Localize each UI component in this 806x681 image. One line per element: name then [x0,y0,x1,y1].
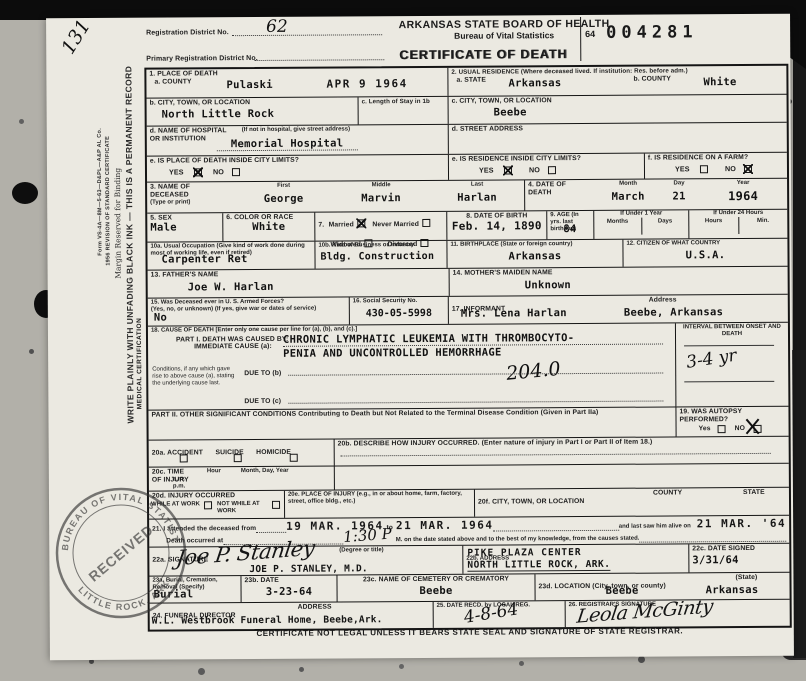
interval-label: INTERVAL BETWEEN ONSET AND DEATH [679,324,785,338]
describe-injury-line [341,453,771,457]
cell-first-name: First George [235,182,332,213]
certificate-title: CERTIFICATE OF DEATH [399,47,567,62]
autopsy-yes-checkbox [718,425,726,433]
business-label: 10b. Kind of Business or Industry [318,242,443,250]
cell-describe-injury: 20b. DESCRIBE HOW INJURY OCCURRED. (Ente… [335,437,789,466]
cell-registrar-signature: 26. REGISTRAR'S SIGNATURE Leola McGinty [566,600,790,627]
residence-state-value: Arkansas [508,78,561,89]
yes-checkbox [194,168,202,176]
cell-citizen: 12. CITIZEN OF WHAT COUNTRY U.S.A. [623,239,787,267]
conditions-note: Conditions, if any which gave rise to ab… [152,366,236,387]
margin-permanent-record-note: WRITE PLAINLY WITH UNFADING BLACK INK — … [123,66,135,424]
cell-interval: INTERVAL BETWEEN ONSET AND DEATH 3-4 yr [676,323,789,407]
cell-residence-city-limits: e. IS RESIDENCE INSIDE CITY LIMITS? YES … [449,154,645,180]
not-while-at-work-label: NOT WHILE AT WORK [217,501,269,515]
cell-occupation: 10a. Usual Occupation (Give kind of work… [147,242,315,270]
due-to-b-line [288,360,663,376]
cell-place-of-death-county: 1. PLACE OF DEATH a. COUNTY Pulaski APR … [146,68,448,98]
cell-death-city: b. CITY, TOWN, OR LOCATION North Little … [147,97,359,125]
row-accident: 20a. ACCIDENT SUICIDE HOMICIDE 20b. DESC… [149,436,789,467]
funeral-director-value: W.L. Westbrook Funeral Home, Beebe,Ark. [152,614,383,626]
cell-sex: 5. SEX Male [147,213,223,241]
year-header: Year [702,180,784,187]
cell-last-name: Last Harlan [430,180,525,211]
county-label: a. COUNTY [154,78,191,86]
injury-city-label: 20f. CITY, TOWN, OR LOCATION [478,498,584,506]
immediate-cause-label: IMMEDIATE CAUSE (a): [194,343,272,351]
attended-line-2 [493,521,618,532]
last-seen-date: 21 MAR. '64 [697,517,786,531]
street-address-label: d. STREET ADDRESS [452,124,784,134]
residence-city-value: Beebe [494,107,527,118]
row-injury-place: 20d. INJURY OCCURRED WHILE AT WORK NOT W… [149,487,789,519]
cell-business: 10b. Kind of Business or Industry Bldg. … [315,241,447,269]
citizen-value: U.S.A. [626,250,784,262]
degree-or-title-label: (Degree or title) [339,547,383,554]
cell-ssn: 16. Social Security No. 430-05-5998 [350,297,449,325]
day-value: 21 [662,191,696,202]
cell-autopsy: 19. WAS AUTOPSY PERFORMED? Yes NO [676,407,788,437]
registration-district-label: Registration District No. [146,29,229,38]
row-occupation: 10a. Usual Occupation (Give kind of work… [147,238,787,270]
no-checkbox [744,165,752,173]
residence-city-limits-label: e. IS RESIDENCE INSIDE CITY LIMITS? [452,155,641,164]
homicide-label: HOMICIDE [256,449,291,456]
burial-date-value: 3-23-64 [245,587,334,599]
armed-forces-value: No [154,313,167,324]
cell-time-of-injury-blank [335,464,789,490]
cause-line-2: PENIA AND UNCONTROLLED HEMORRHAGE [283,348,502,360]
never-married-label: Never Married [372,221,419,228]
birthplace-value: Arkansas [450,251,619,263]
cell-date-received: 25. DATE RECD. by LOCAL REG. 4-8-64 [434,601,566,628]
due-to-c-label: DUE TO (c) [244,398,281,406]
interval-line-bottom [684,381,774,383]
cell-marital-status: 7. Married Never Married Widowed Divorce… [315,212,447,241]
first-name-header: First [238,183,329,190]
dob-value: Feb. 14, 1890 [450,220,543,232]
attended-line [256,523,286,533]
filing-date-stamp: APR 9 1964 [326,77,407,90]
last-name-value: Harlan [433,192,521,204]
row-part2-autopsy: PART II. OTHER SIGNIFICANT CONDITIONS Co… [148,406,788,440]
attended-to-date: 21 MAR. 1964 [396,519,494,533]
first-name-value: George [238,193,329,205]
cell-street-address: d. STREET ADDRESS [449,123,787,154]
father-label: 13. FATHER'S NAME [151,270,446,280]
due-to-b-label: DUE TO (b) [244,370,281,378]
margin-form-number: Form VS-4A—8M—5-63—D&PL—A&P AL Co. [97,128,104,256]
death-city-limits-label: e. IS PLACE OF DEATH INSIDE CITY LIMITS? [150,156,445,166]
hour-header: Hour [207,468,221,475]
row-parents: 13. FATHER'S NAME Joe W. Harlan 14. MOTH… [148,266,788,298]
cell-dod-month: Month March [597,180,659,210]
no-label: NO [529,166,540,175]
row-city: b. CITY, TOWN, OR LOCATION North Little … [147,94,787,126]
day-header: Day [662,180,696,187]
death-line-2 [639,532,786,543]
married-checkbox [357,219,365,227]
cell-place-of-injury: 20e. PLACE OF INJURY (e.g., in or about … [285,490,475,518]
cell-informant: 17. INFORMANT Address Mrs. Lena Harlan B… [449,295,788,324]
cell-death-city-limits: e. IS PLACE OF DEATH INSIDE CITY LIMITS?… [147,155,449,182]
cell-usual-residence: 2. USUAL RESIDENCE (Where deceased lived… [448,66,786,96]
burial-date-label: 23b. DATE [244,577,333,586]
deceased-name-label: 3. NAME OF DECEASED [150,183,210,199]
cell-cemetery: 23c. NAME OF CEMETERY OR CREMATORY Beebe [337,574,535,601]
date-signed-value: 3/31/64 [692,555,786,567]
hours-header: Hours [689,217,738,234]
row-funeral-registrar: 24. FUNERAL DIRECTOR ADDRESS W.L. Westbr… [150,599,790,630]
row-forces-ssn-informant: 15. Was Deceased ever in U. S. Armed For… [148,294,788,326]
residence-county-value: White [703,77,736,88]
months-header: Months [594,218,641,235]
autopsy-label: 19. WAS AUTOPSY PERFORMED? [679,408,749,424]
cell-middle-name: Middle Marvin [332,181,430,212]
autopsy-no-x-mark [745,419,760,434]
date-signed-label: 22c. DATE SIGNED [692,545,786,554]
informant-value: Mrs. Lena Harlan [461,308,567,320]
suicide-checkbox [234,454,242,462]
cell-under-1-year: If Under 1 Year Months Days [594,210,689,239]
sex-value: Male [150,222,219,233]
ssn-label: 16. Social Security No. [353,298,445,305]
cell-burial-date: 23b. DATE 3-23-64 [241,576,337,603]
yes-checkbox [504,166,512,174]
certificate-number: 004281 [606,22,698,43]
primary-registration-line [254,46,384,61]
county-value: Pulaski [226,80,272,91]
row-demographics: 5. SEX Male 6. COLOR OR RACE White 7. Ma… [147,209,787,242]
cell-mother: 14. MOTHER'S MAIDEN NAME Unknown [450,267,788,296]
cell-dob: 8. DATE OF BIRTH Feb. 14, 1890 [447,211,547,240]
race-value: White [226,222,311,234]
deceased-name-sublabel: (Type or print) [150,199,232,206]
row-city-limits: e. IS PLACE OF DEATH INSIDE CITY LIMITS?… [147,152,787,182]
cell-date-signed: 22c. DATE SIGNED 3/31/64 [689,544,789,573]
cell-name-label: 3. NAME OF DECEASED (Type or print) [147,182,235,213]
cell-accident-suicide-homicide: 20a. ACCIDENT SUICIDE HOMICIDE [149,440,335,467]
describe-injury-label: 20b. DESCRIBE HOW INJURY OCCURRED. (Ente… [338,438,786,449]
no-label: NO [725,165,736,174]
length-of-stay-label: c. Length of Stay in 1b [362,98,445,106]
mother-value: Unknown [525,280,571,291]
cell-residence-farm: f. IS RESIDENCE ON A FARM? YES NO [645,153,787,179]
accident-label: 20a. ACCIDENT [152,449,203,456]
hospital-sublabel: (If not in hospital, give street address… [242,126,350,134]
injury-state-header: STATE [743,489,765,497]
residence-state-label: a. STATE [456,77,486,85]
cell-length-of-stay: c. Length of Stay in 1b [359,97,449,125]
cell-part2: PART II. OTHER SIGNIFICANT CONDITIONS Co… [148,407,676,439]
row-cause-of-death: 18. CAUSE OF DEATH [Enter only one cause… [148,322,789,410]
armed-forces-sublabel: (Yes, no, or unknown) (If yes, give war … [151,305,346,313]
cell-dod-year: Year 1964 [699,179,787,210]
cell-burial-location: 23d. LOCATION (City, town, or county) (S… [535,573,789,601]
autopsy-no-label: NO [735,425,745,433]
married-label: Married [329,221,354,228]
cell-dod-day: Day 21 [659,179,699,209]
margin-revision-note: 1956 REVISION OF STANDARD CERTIFICATE [105,136,112,266]
birthplace-label: 11. BIRTHPLACE (State or foreign country… [450,241,619,249]
burial-state-header: (State) [735,574,757,582]
physician-address-line2: NORTH LITTLE ROCK, ARK. [467,559,610,572]
certificate-form: MEDICAL CERTIFICATION Registration Distr… [144,14,792,660]
burial-location-city: Beebe [606,586,639,597]
scan-ink-blob [12,182,38,204]
no-checkbox [548,166,556,174]
row-place-residence: 1. PLACE OF DEATH a. COUNTY Pulaski APR … [146,66,786,98]
part2-label: PART II. OTHER SIGNIFICANT CONDITIONS Co… [151,409,630,420]
min-header: Min. [738,217,788,234]
yes-label: YES [675,165,690,174]
form-header: Registration District No. 62 ARKANSAS ST… [144,14,788,68]
death-time-handwritten: 1:30 P [343,525,393,547]
never-married-checkbox [422,219,430,227]
registration-district-line [232,19,382,36]
funeral-address-header: ADDRESS [298,604,332,612]
cell-under-24-hours: If Under 24 Hours Hours Min. [689,210,787,239]
yes-label: YES [169,168,184,177]
informant-address-label: Address [649,296,677,304]
due-to-c-line [288,388,663,404]
primary-registration-label: Primary Registration District No. [146,55,257,64]
cause-line-1: CHRONIC LYMPHATIC LEUKEMIA WITH THROMBOC… [283,333,663,347]
informant-address-value: Beebe, Arkansas [624,307,723,319]
business-value: Bldg. Construction [320,252,434,263]
cell-armed-forces: 15. Was Deceased ever in U. S. Armed For… [148,297,350,325]
margin-binding-note: Margin Reserved for Binding [113,168,123,279]
homicide-checkbox [290,454,298,462]
stamp-received-text: RECEIVED [85,521,156,584]
last-seen-text: and last saw him alive on [619,523,691,530]
residence-city-label: c. CITY, TOWN, OR LOCATION [452,96,784,106]
burial-location-label: 23d. LOCATION (City, town, or county) [539,583,666,591]
father-value: Joe W. Harlan [188,282,274,294]
interval-value-handwritten: 3-4 yr [685,346,738,373]
registrar-signature-script: Leola McGinty [575,596,714,628]
residence-farm-label: f. IS RESIDENCE ON A FARM? [648,154,784,163]
injury-county-header: COUNTY [653,489,682,497]
cell-physician-address: 22b. ADDRESS PIKE PLAZA CENTER NORTH LIT… [463,544,689,573]
accident-checkbox [180,454,188,462]
hospital-value: Memorial Hospital [217,138,358,151]
month-day-year-header: Month, Day, Year [241,468,289,475]
usual-residence-title: 2. USUAL RESIDENCE (Where deceased lived… [451,67,783,76]
received-stamp: BUREAU OF VITAL STATISTICS LITTLE ROCK, … [36,465,206,641]
cemetery-value: Beebe [341,585,532,597]
cell-dod-label: 4. DATE OF DEATH [525,180,597,210]
death-city-value: North Little Rock [162,109,275,121]
ssn-value: 430-05-5998 [353,309,445,320]
physician-typed-name: JOE P. STANLEY, M.D. [249,563,367,575]
yes-checkbox [700,165,708,173]
month-header: Month [600,181,656,188]
not-while-at-work-checkbox [272,501,280,509]
row-hospital-street: d. NAME OF HOSPITAL OR INSTITUTION (If n… [147,122,787,156]
year-value: 1964 [702,190,784,203]
cell-cause-main: 18. CAUSE OF DEATH [Enter only one cause… [148,323,676,409]
last-name-header: Last [433,181,521,188]
no-checkbox [232,168,240,176]
form-grid: 1. PLACE OF DEATH a. COUNTY Pulaski APR … [144,64,791,632]
death-city-label: b. CITY, TOWN, OR LOCATION [150,98,355,107]
cell-age: 9. AGE (In yrs. last birthday) 84 [547,211,594,239]
place-of-injury-label: 20e. PLACE OF INJURY (e.g., in or about … [288,491,471,506]
physician-address-line1: PIKE PLAZA CENTER [467,547,581,559]
autopsy-yes-label: Yes [699,425,711,433]
citizen-label: 12. CITIZEN OF WHAT COUNTRY [626,240,784,248]
residence-county-label: b. COUNTY [633,75,671,83]
cell-birthplace: 11. BIRTHPLACE (State or foreign country… [447,240,623,268]
days-header: Days [641,217,689,234]
cemetery-label: 23c. NAME OF CEMETERY OR CREMATORY [340,575,531,584]
medical-certification-sidebar-label: MEDICAL CERTIFICATION [136,318,144,410]
date-of-death-label: 4. DATE OF DEATH [528,181,568,197]
cell-hospital: d. NAME OF HOSPITAL OR INSTITUTION (If n… [147,125,449,156]
age-value: 84 [563,224,576,235]
cell-race: 6. COLOR OR RACE White [223,213,315,242]
month-value: March [600,191,656,202]
no-label: NO [213,168,224,177]
row-name-dod: 3. NAME OF DECEASED (Type or print) Firs… [147,178,787,213]
yes-label: YES [479,167,494,176]
row-signature: 22a. SIGNATURE (Degree or title) Joe P. … [149,543,789,576]
mother-label: 14. MOTHER'S MAIDEN NAME [453,268,785,278]
cell-residence-city: c. CITY, TOWN, OR LOCATION Beebe [449,95,787,124]
middle-name-value: Marvin [335,193,427,205]
cell-injury-city: 20f. CITY, TOWN, OR LOCATION COUNTY STAT… [475,488,789,517]
occupation-value: Carpenter Ret [161,254,247,266]
marital-item-number: 7. [318,222,324,229]
while-at-work-checkbox [204,501,212,509]
certificate-year: 64 [585,29,595,39]
middle-name-header: Middle [335,182,427,189]
cell-father: 13. FATHER'S NAME Joe W. Harlan [148,269,450,298]
